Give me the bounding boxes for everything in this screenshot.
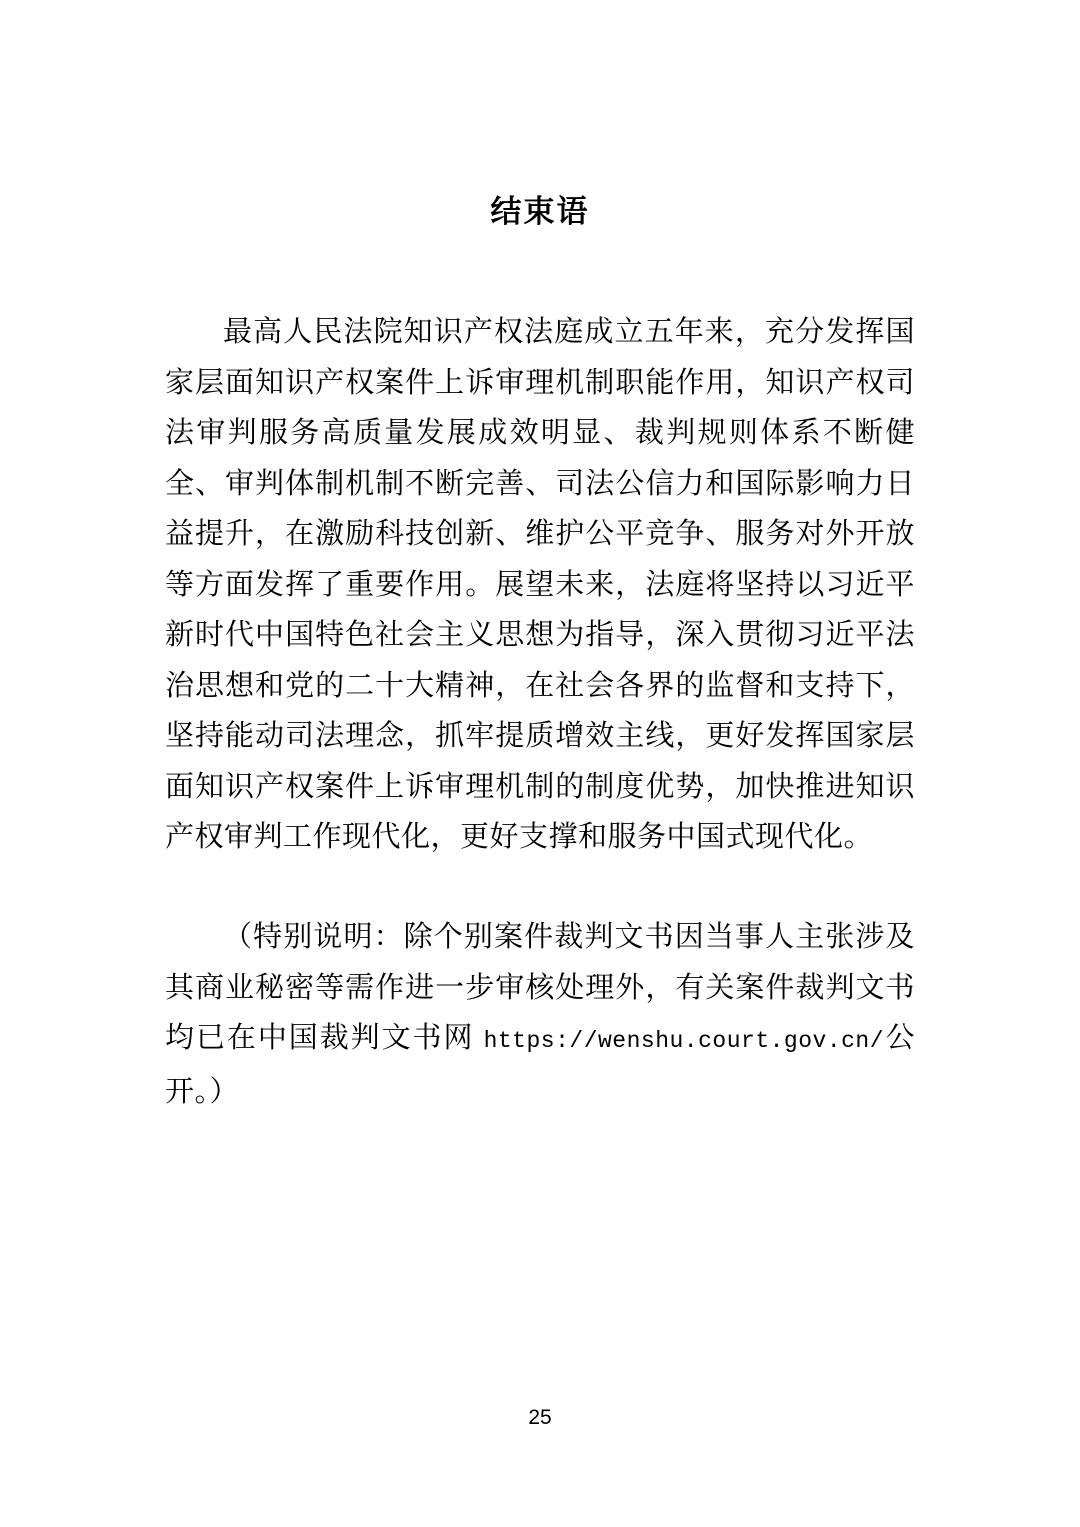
conclusion-paragraph-container: 最高人民法院知识产权法庭成立五年来，充分发挥国家层面知识产权案件上诉审理机制职能…	[165, 307, 915, 863]
special-note-paragraph: （特别说明：除个别案件裁判文书因当事人主张涉及其商业秘密等需作进一步审核处理外，…	[165, 912, 915, 1117]
page-title: 结束语	[0, 186, 1080, 231]
special-note-paragraph-container: （特别说明：除个别案件裁判文书因当事人主张涉及其商业秘密等需作进一步审核处理外，…	[165, 912, 915, 1117]
document-page: 结束语 最高人民法院知识产权法庭成立五年来，充分发挥国家层面知识产权案件上诉审理…	[0, 0, 1080, 1527]
wenshu-court-url: https://wenshu.court.gov.cn/	[484, 1028, 884, 1054]
page-number: 25	[0, 1406, 1080, 1430]
conclusion-paragraph: 最高人民法院知识产权法庭成立五年来，充分发挥国家层面知识产权案件上诉审理机制职能…	[165, 307, 915, 863]
